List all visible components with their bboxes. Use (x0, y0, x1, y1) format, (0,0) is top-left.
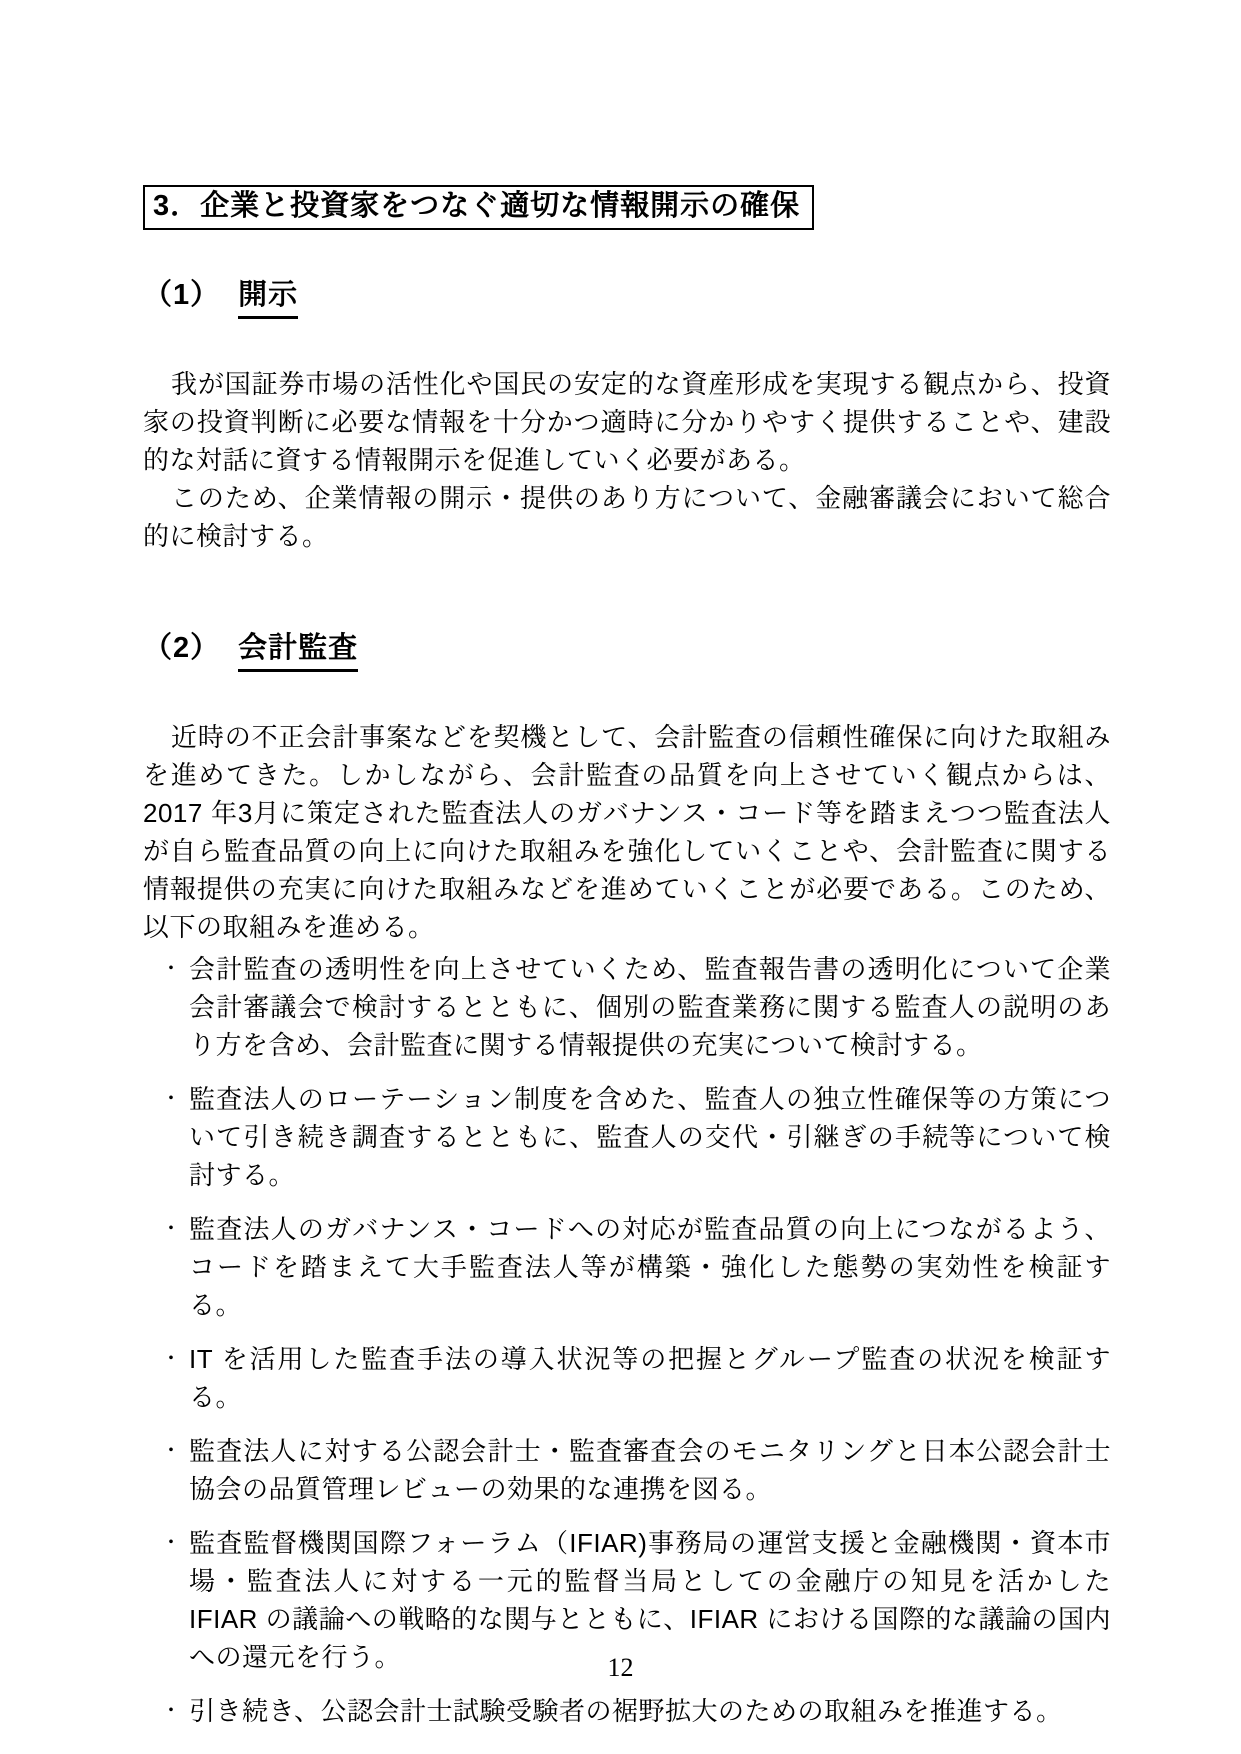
document-page: 3．企業と投資家をつなぐ適切な情報開示の確保 （1）開示 我が国証券市場の活性化… (0, 0, 1241, 1754)
chapter-title-box: 3．企業と投資家をつなぐ適切な情報開示の確保 (143, 185, 814, 230)
section-paragraphs: 近時の不正会計事案などを契機として、会計監査の信頼性確保に向けた取組みを進めてき… (143, 718, 1111, 946)
section-bullets: ・会計監査の透明性を向上させていくため、監査報告書の透明化について企業会計審議会… (143, 950, 1111, 1730)
section-number: （1） (143, 279, 220, 311)
bullet-item: ・引き続き、公認会計士試験受験者の裾野拡大のための取組みを推進する。 (143, 1692, 1111, 1730)
section-heading: （2）会計監査 (143, 633, 1111, 672)
bullet-text: 会計監査の透明性を向上させていくため、監査報告書の透明化について企業会計審議会で… (189, 950, 1111, 1064)
bullet-marker: ・ (161, 1080, 189, 1118)
paragraph: 近時の不正会計事案などを契機として、会計監査の信頼性確保に向けた取組みを進めてき… (143, 718, 1111, 946)
bullet-text: IT を活用した監査手法の導入状況等の把握とグループ監査の状況を検証する。 (189, 1340, 1111, 1416)
section: （1）開示 我が国証券市場の活性化や国民の安定的な資産形成を実現する観点から、投… (143, 280, 1111, 555)
bullet-text: 監査法人に対する公認会計士・監査審査会のモニタリングと日本公認会計士協会の品質管… (189, 1432, 1111, 1508)
bullet-marker: ・ (161, 1432, 189, 1470)
bullet-marker: ・ (161, 1692, 189, 1730)
section-paragraphs: 我が国証券市場の活性化や国民の安定的な資産形成を実現する観点から、投資家の投資判… (143, 365, 1111, 555)
bullet-item: ・IT を活用した監査手法の導入状況等の把握とグループ監査の状況を検証する。 (143, 1340, 1111, 1416)
bullet-marker: ・ (161, 1340, 189, 1378)
section: （2）会計監査 近時の不正会計事案などを契機として、会計監査の信頼性確保に向けた… (143, 633, 1111, 1730)
bullet-item: ・会計監査の透明性を向上させていくため、監査報告書の透明化について企業会計審議会… (143, 950, 1111, 1064)
section-number: （2） (143, 632, 220, 664)
page-content: 3．企業と投資家をつなぐ適切な情報開示の確保 （1）開示 我が国証券市場の活性化… (143, 185, 1111, 1746)
bullet-item: ・監査法人に対する公認会計士・監査審査会のモニタリングと日本公認会計士協会の品質… (143, 1432, 1111, 1508)
bullet-marker: ・ (161, 1524, 189, 1562)
section-title: 会計監査 (238, 633, 358, 672)
bullet-text: 監査法人のガバナンス・コードへの対応が監査品質の向上につながるよう、コードを踏ま… (189, 1210, 1111, 1324)
paragraph: このため、企業情報の開示・提供のあり方について、金融審議会において総合的に検討す… (143, 479, 1111, 555)
section-title: 開示 (238, 280, 298, 319)
page-number: 12 (0, 1653, 1241, 1683)
sections-container: （1）開示 我が国証券市場の活性化や国民の安定的な資産形成を実現する観点から、投… (143, 280, 1111, 1730)
bullet-text: 引き続き、公認会計士試験受験者の裾野拡大のための取組みを推進する。 (189, 1692, 1111, 1730)
bullet-item: ・監査法人のローテーション制度を含めた、監査人の独立性確保等の方策について引き続… (143, 1080, 1111, 1194)
bullet-marker: ・ (161, 1210, 189, 1248)
bullet-text: 監査法人のローテーション制度を含めた、監査人の独立性確保等の方策について引き続き… (189, 1080, 1111, 1194)
section-heading: （1）開示 (143, 280, 1111, 319)
chapter-title: 3．企業と投資家をつなぐ適切な情報開示の確保 (153, 190, 800, 222)
bullet-item: ・監査法人のガバナンス・コードへの対応が監査品質の向上につながるよう、コードを踏… (143, 1210, 1111, 1324)
paragraph: 我が国証券市場の活性化や国民の安定的な資産形成を実現する観点から、投資家の投資判… (143, 365, 1111, 479)
bullet-marker: ・ (161, 950, 189, 988)
